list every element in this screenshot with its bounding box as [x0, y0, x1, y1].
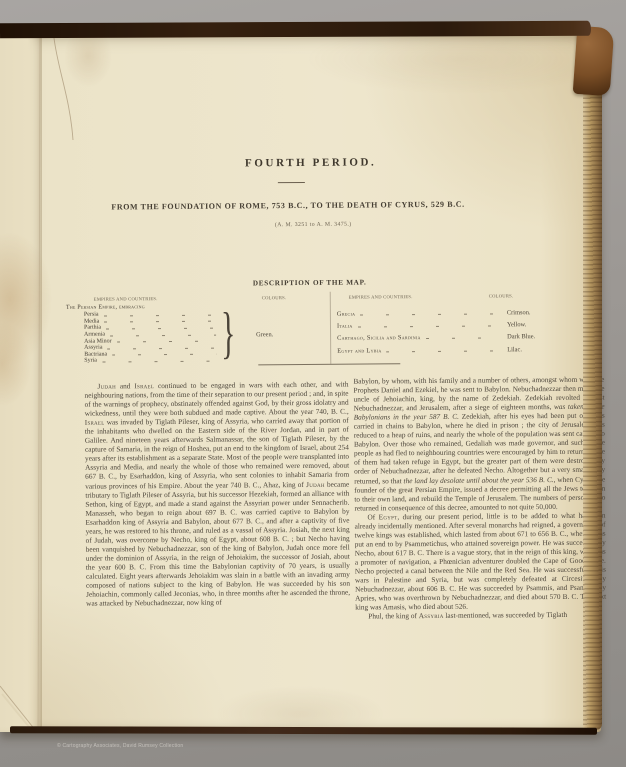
legend-item-label: Media — [84, 318, 99, 324]
page-subtitle: FROM THE FOUNDATION OF ROME, 753 B.C., T… — [111, 200, 464, 212]
text-segment: Phul, the king of — [368, 611, 419, 620]
map-description-heading: DESCRIPTION OF THE MAP. — [253, 278, 367, 287]
legend-item-label: Armenia — [84, 332, 105, 338]
legend-item-label: Asia Minor — [84, 338, 112, 344]
body-column-right: Babylon, by whom, with his family and a … — [353, 375, 606, 621]
legend-left: EMPIRES AND COUNTRIES. COLOURS. The Pers… — [66, 295, 307, 367]
legend-right-col1-header: EMPIRES AND COUNTRIES. — [349, 294, 413, 300]
legend-item-label: Assyria — [84, 345, 102, 351]
legend-left-col1-header: EMPIRES AND COUNTRIES. — [94, 296, 158, 302]
anno-mundi-range: (A. M. 3251 to A. M. 3475.) — [275, 222, 352, 229]
text-segment: Judah — [97, 381, 116, 390]
dotted-leader — [102, 361, 216, 363]
legend-item-label: Parthia — [84, 325, 101, 331]
dotted-leader — [358, 325, 502, 327]
body-paragraph: Babylon, by whom, with his family and a … — [353, 375, 605, 513]
text-segment: became tributary to Tiglath Pileser of A… — [85, 479, 350, 608]
book-photo: FOURTH PERIOD. FROM THE FOUNDATION OF RO… — [0, 0, 626, 767]
dotted-leader — [104, 314, 216, 316]
legend-item-label: Italia — [337, 323, 353, 330]
colour-label: Crimson. — [507, 309, 567, 316]
legend-left-col2-header: COLOURS. — [262, 295, 287, 300]
legend-row: Egypt and LybiaLilac. — [337, 343, 567, 357]
legend-item-label: Persia — [84, 312, 99, 318]
dotted-leader — [387, 350, 503, 352]
legend-row: Syria — [84, 357, 221, 365]
dotted-leader — [104, 321, 216, 323]
dotted-leader — [426, 338, 502, 340]
legend-right: EMPIRES AND COUNTRIES. COLOURS. GreciaCr… — [337, 293, 568, 365]
body-paragraph: Judah and Israel continued to be engaged… — [84, 380, 350, 608]
book-cover-corner — [573, 26, 615, 96]
text-segment: Of — [367, 512, 378, 521]
dotted-leader — [106, 328, 216, 330]
text-segment: last-mentioned, was succeeded by Tiglath — [444, 610, 568, 620]
legend-item-label: Grecia — [337, 310, 355, 317]
text-segment: Egypt — [379, 512, 398, 521]
legend-divider-vline — [330, 292, 332, 364]
legend-right-rows: GreciaCrimson.ItaliaYellow.Carthago, Sic… — [337, 306, 567, 357]
section-divider-rule — [258, 363, 400, 365]
page-title: FOURTH PERIOD. — [245, 156, 376, 169]
page-content: FOURTH PERIOD. FROM THE FOUNDATION OF RO… — [0, 32, 604, 735]
colour-label: Dark Blue. — [507, 333, 567, 340]
text-segment: Israel — [134, 381, 154, 390]
body-column-left: Judah and Israel continued to be engaged… — [84, 380, 350, 608]
colour-label: Lilac. — [507, 346, 567, 353]
text-segment: Judah — [306, 479, 325, 488]
text-segment: Assyria — [419, 611, 444, 620]
colour-label: Yellow. — [507, 321, 567, 328]
brace-glyph: } — [221, 306, 236, 362]
book-page: FOURTH PERIOD. FROM THE FOUNDATION OF RO… — [0, 34, 601, 732]
text-segment: Israel — [85, 418, 105, 427]
legend-group-label: The Persian Empire, embracing — [66, 303, 145, 311]
body-paragraph: Phul, the king of Assyria last-mentioned… — [355, 610, 606, 621]
text-segment: and — [116, 381, 134, 390]
book-fore-edge — [583, 93, 602, 730]
book-cover-top-edge — [0, 21, 591, 39]
legend-item-label: Egypt and Lybia — [337, 347, 381, 354]
watermark-credit: © Cartography Associates, David Rumsey C… — [57, 743, 183, 749]
dotted-leader — [112, 354, 216, 356]
legend-item-label: Bactriana — [84, 351, 107, 357]
dotted-leader — [108, 347, 217, 349]
legend-item-label: Syria — [84, 358, 97, 364]
title-divider-rule — [278, 182, 305, 183]
legend-left-colour: Green. — [256, 331, 273, 338]
legend-right-col2-header: COLOURS. — [489, 293, 514, 298]
body-paragraph: Of Egypt, during our present period, lit… — [354, 510, 606, 611]
dotted-leader — [110, 334, 216, 336]
legend-left-rows: PersiaMediaParthiaArmeniaAsia MinorAssyr… — [84, 311, 221, 365]
dotted-leader — [360, 313, 502, 315]
text-segment: , during our present period, little is t… — [355, 510, 607, 611]
dotted-leader — [117, 341, 217, 343]
legend-item-label: Carthago, Sicilia and Sardinia — [337, 335, 421, 343]
